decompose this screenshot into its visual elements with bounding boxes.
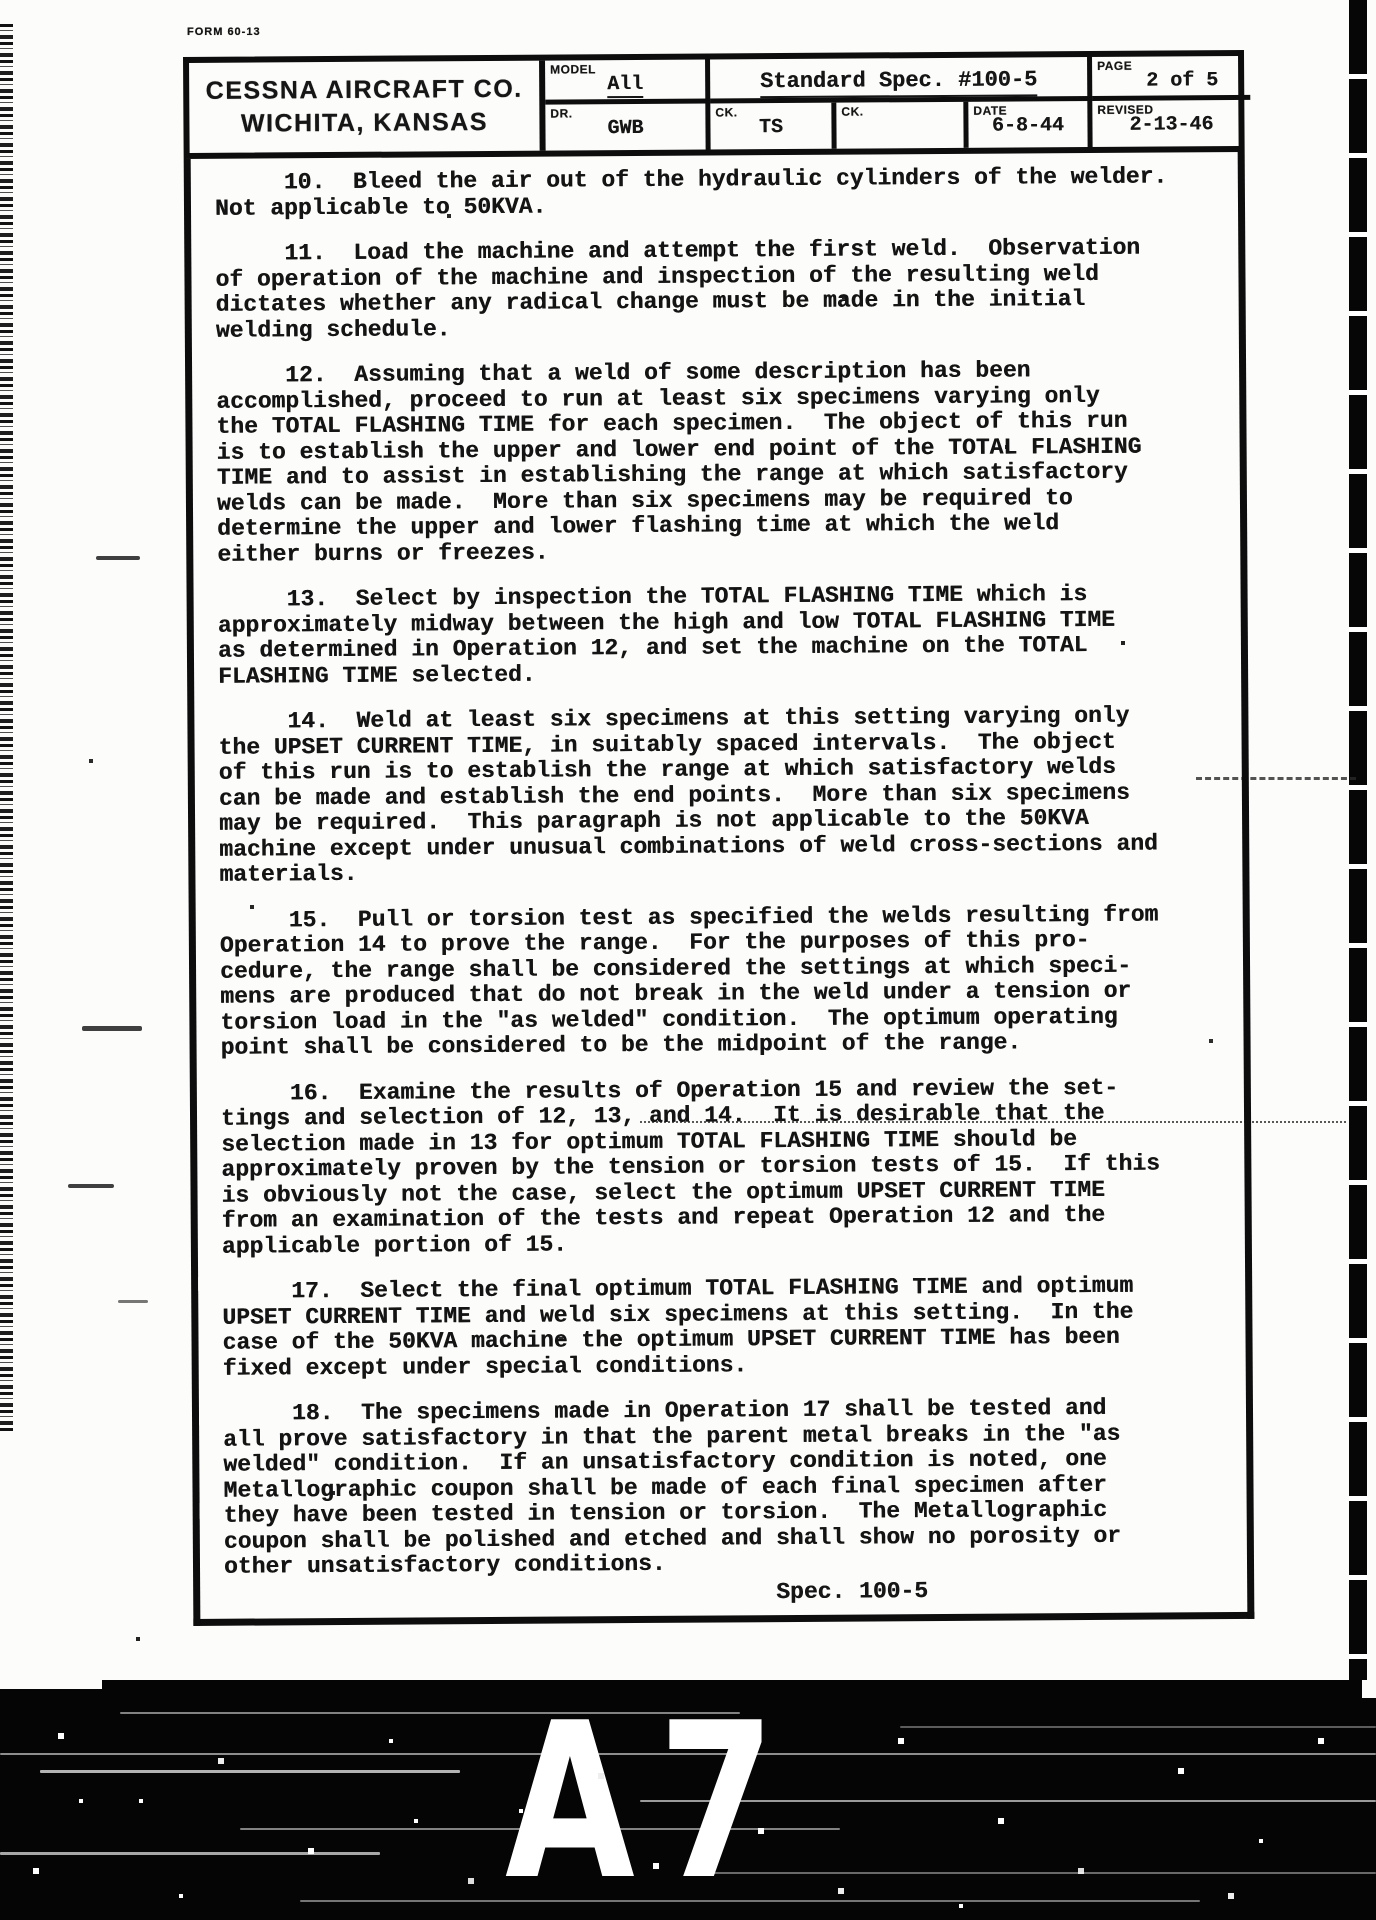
spec-paragraph: 12. Assuming that a weld of some descrip… — [216, 357, 1236, 568]
model-cell: MODEL All — [545, 60, 710, 105]
revised-cell: REVISED 2-13-46 — [1092, 100, 1250, 147]
spec-title: Standard Spec. #100-5 — [760, 67, 1037, 98]
spec-paragraph: 13. Select by inspection the TOTAL FLASH… — [218, 581, 1238, 690]
paper-specks — [0, 0, 2, 2]
scan-artifact — [193, 1503, 202, 1519]
checked-by-2-label: CK. — [836, 102, 963, 119]
scan-artifact — [68, 1184, 114, 1188]
checked-by-2-cell: CK. — [836, 102, 968, 149]
page-value: 2 of 5 — [1146, 69, 1218, 92]
checked-by-cell: CK. TS — [710, 103, 836, 150]
film-scratch — [640, 1800, 1376, 1802]
band-notch — [1362, 1680, 1376, 1698]
spec-paragraph: 18. The specimens made in Operation 17 s… — [223, 1395, 1243, 1580]
spec-text-box: 10. Bleed the air out of the hydraulic c… — [184, 152, 1255, 1626]
scan-artifact — [192, 1415, 201, 1425]
form-number: FORM 60-13 — [187, 26, 261, 38]
scan-artifact — [191, 1277, 200, 1291]
right-film-edge-bar — [1349, 0, 1367, 1692]
film-scratch — [900, 1726, 1376, 1728]
spec-paragraph: 17. Select the final optimum TOTAL FLASH… — [222, 1273, 1242, 1382]
scan-artifact — [96, 556, 140, 560]
spec-paragraph: 14. Weld at least six specimens at this … — [218, 703, 1238, 888]
film-scratch — [40, 1770, 460, 1773]
spec-paragraph: 15. Pull or torsion test as specified th… — [220, 902, 1240, 1062]
spec-reference: Spec. 100-5 — [224, 1577, 1243, 1609]
film-scratch — [0, 1852, 380, 1855]
film-scratch — [120, 1712, 740, 1714]
company-name: CESSNA AIRCRAFT CO. — [206, 75, 523, 106]
scan-artifact — [118, 1300, 148, 1303]
film-scratch — [700, 1872, 1376, 1874]
scanned-document: FORM 60-13 CESSNA AIRCRAFT CO. WICHITA, … — [0, 0, 1376, 1920]
spec-paragraphs: 10. Bleed the air out of the hydraulic c… — [215, 164, 1243, 1580]
scan-artifact — [82, 1026, 142, 1031]
title-block: CESSNA AIRCRAFT CO. WICHITA, KANSAS MODE… — [183, 50, 1245, 159]
film-specks — [0, 1680, 2, 1682]
date-cell: DATE 6-8-44 — [968, 101, 1092, 148]
page-cell: PAGE 2 of 5 — [1092, 56, 1250, 101]
spec-paragraph: 10. Bleed the air out of the hydraulic c… — [215, 164, 1234, 222]
band-notch — [0, 1680, 102, 1689]
model-value: All — [607, 75, 643, 98]
spec-title-cell: Standard Spec. #100-5 — [710, 57, 1092, 104]
spec-sheet: CESSNA AIRCRAFT CO. WICHITA, KANSAS MODE… — [183, 50, 1254, 1626]
film-scratch — [300, 1900, 1200, 1902]
film-scratch — [240, 1828, 840, 1830]
film-scratch — [0, 1753, 1376, 1755]
spec-paragraph: 11. Load the machine and attempt the fir… — [215, 235, 1235, 344]
left-edge-scan-noise — [0, 24, 13, 1434]
company-block: CESSNA AIRCRAFT CO. WICHITA, KANSAS — [189, 61, 546, 153]
company-city: WICHITA, KANSAS — [241, 108, 488, 139]
drawn-by-cell: DR. GWB — [545, 104, 710, 151]
spec-paragraph: 16. Examine the results of Operation 15 … — [221, 1075, 1241, 1260]
